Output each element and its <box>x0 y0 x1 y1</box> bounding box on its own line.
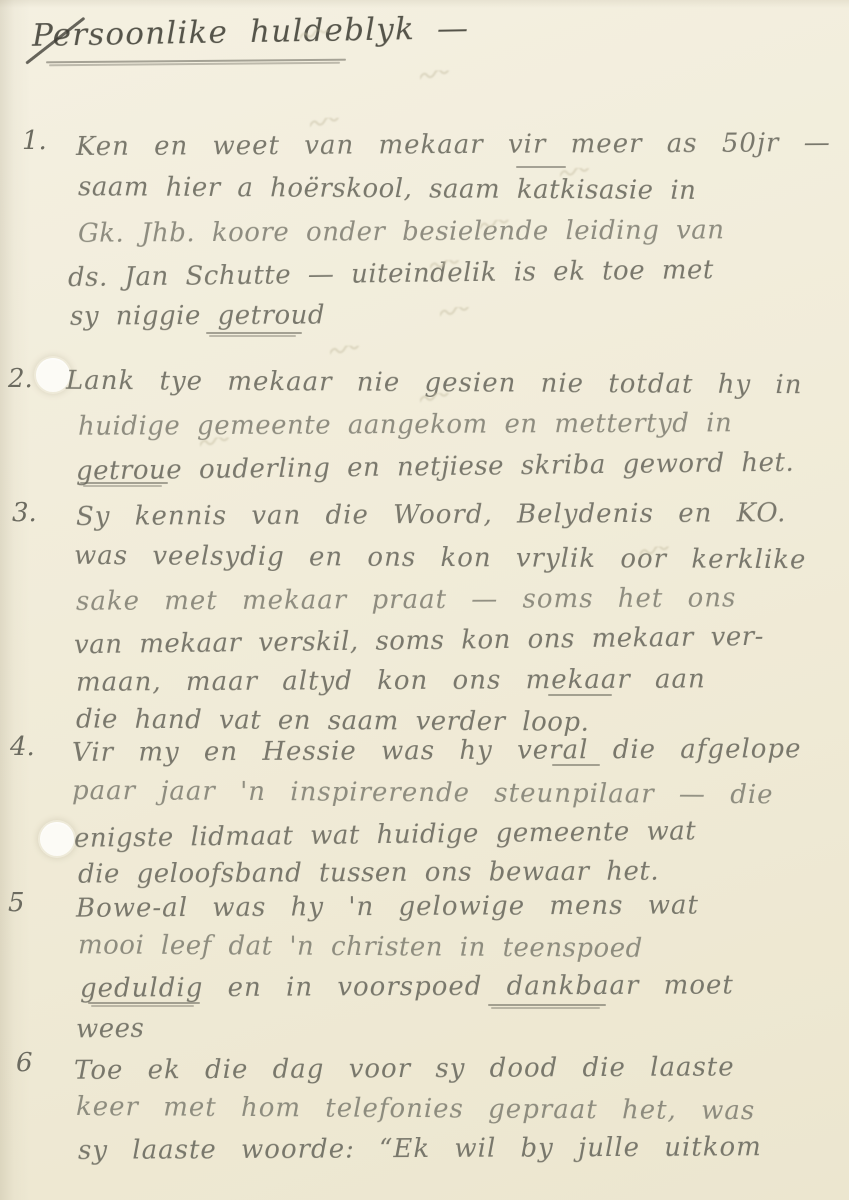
handwritten-line: geduldig en in voorspoed dankbaar moet <box>80 970 734 1005</box>
item-number: 1. <box>22 126 47 156</box>
handwritten-line: huidige gemeente aangekom en mettertyd i… <box>78 408 732 443</box>
handwritten-line: sake met mekaar praat — soms het ons <box>76 583 737 618</box>
punch-hole-bottom <box>40 822 74 856</box>
handwritten-line: van mekaar verskil, soms kon ons mekaar … <box>74 622 764 662</box>
bleedthrough-squiggle <box>440 305 790 323</box>
handwritten-line: Toe ek die dag voor sy dood die laaste <box>74 1052 735 1087</box>
bleedthrough-squiggle <box>420 70 830 90</box>
item-number: 5 <box>8 888 25 918</box>
bleedthrough-squiggle <box>330 345 710 366</box>
handwritten-line: Ken en weet van mekaar vir meer as 50jr … <box>76 128 831 163</box>
item-number: 2. <box>8 364 33 394</box>
underline-mekaar <box>548 694 612 696</box>
item-number: 3. <box>12 498 37 528</box>
handwritten-line: enigste lidmaat wat huidige gemeente wat <box>74 816 697 855</box>
handwritten-line: sy niggie getroud <box>70 300 325 333</box>
handwritten-line: wees <box>76 1014 145 1046</box>
handwritten-line: Sy kennis van die Woord, Belydenis en KO… <box>76 498 787 533</box>
underline-geduldig <box>88 1002 200 1004</box>
underline-getroud <box>206 332 302 334</box>
title-underline <box>46 59 346 64</box>
handwritten-line: getroue ouderling en netjiese skriba gew… <box>76 448 795 488</box>
item-number: 4. <box>10 732 35 762</box>
bleedthrough-squiggle <box>420 391 650 409</box>
item-number: 6 <box>16 1048 33 1078</box>
handwritten-line: mooi leef dat 'n christen in teenspoed <box>78 930 643 965</box>
underline-50jr <box>516 166 566 168</box>
underline-veral <box>552 764 600 766</box>
handwritten-line: keer met hom telefonies gepraat het, was <box>76 1092 755 1127</box>
scanned-handwritten-page: Persoonlike huldeblyk — 1. Ken en weet v… <box>0 0 849 1200</box>
underline-dankbaar <box>488 1004 606 1006</box>
handwritten-line: paar jaar 'n inspirerende steunpilaar — … <box>72 776 774 811</box>
handwritten-line: Vir my en Hessie was hy veral die afgelo… <box>72 734 802 769</box>
bleedthrough-squiggle <box>640 545 790 562</box>
handwritten-line: sy laaste woorde: “Ek wil by julle uitko… <box>78 1132 762 1167</box>
handwritten-line: die hand vat en saam verder loop. <box>76 704 590 738</box>
handwritten-line: die geloofsband tussen ons bewaar het. <box>78 856 659 890</box>
bleedthrough-squiggle <box>200 437 400 454</box>
handwritten-line: Bowe-al was hy 'n gelowige mens wat <box>76 890 699 924</box>
underline-getroue <box>80 482 168 484</box>
punch-hole-top <box>36 358 70 392</box>
